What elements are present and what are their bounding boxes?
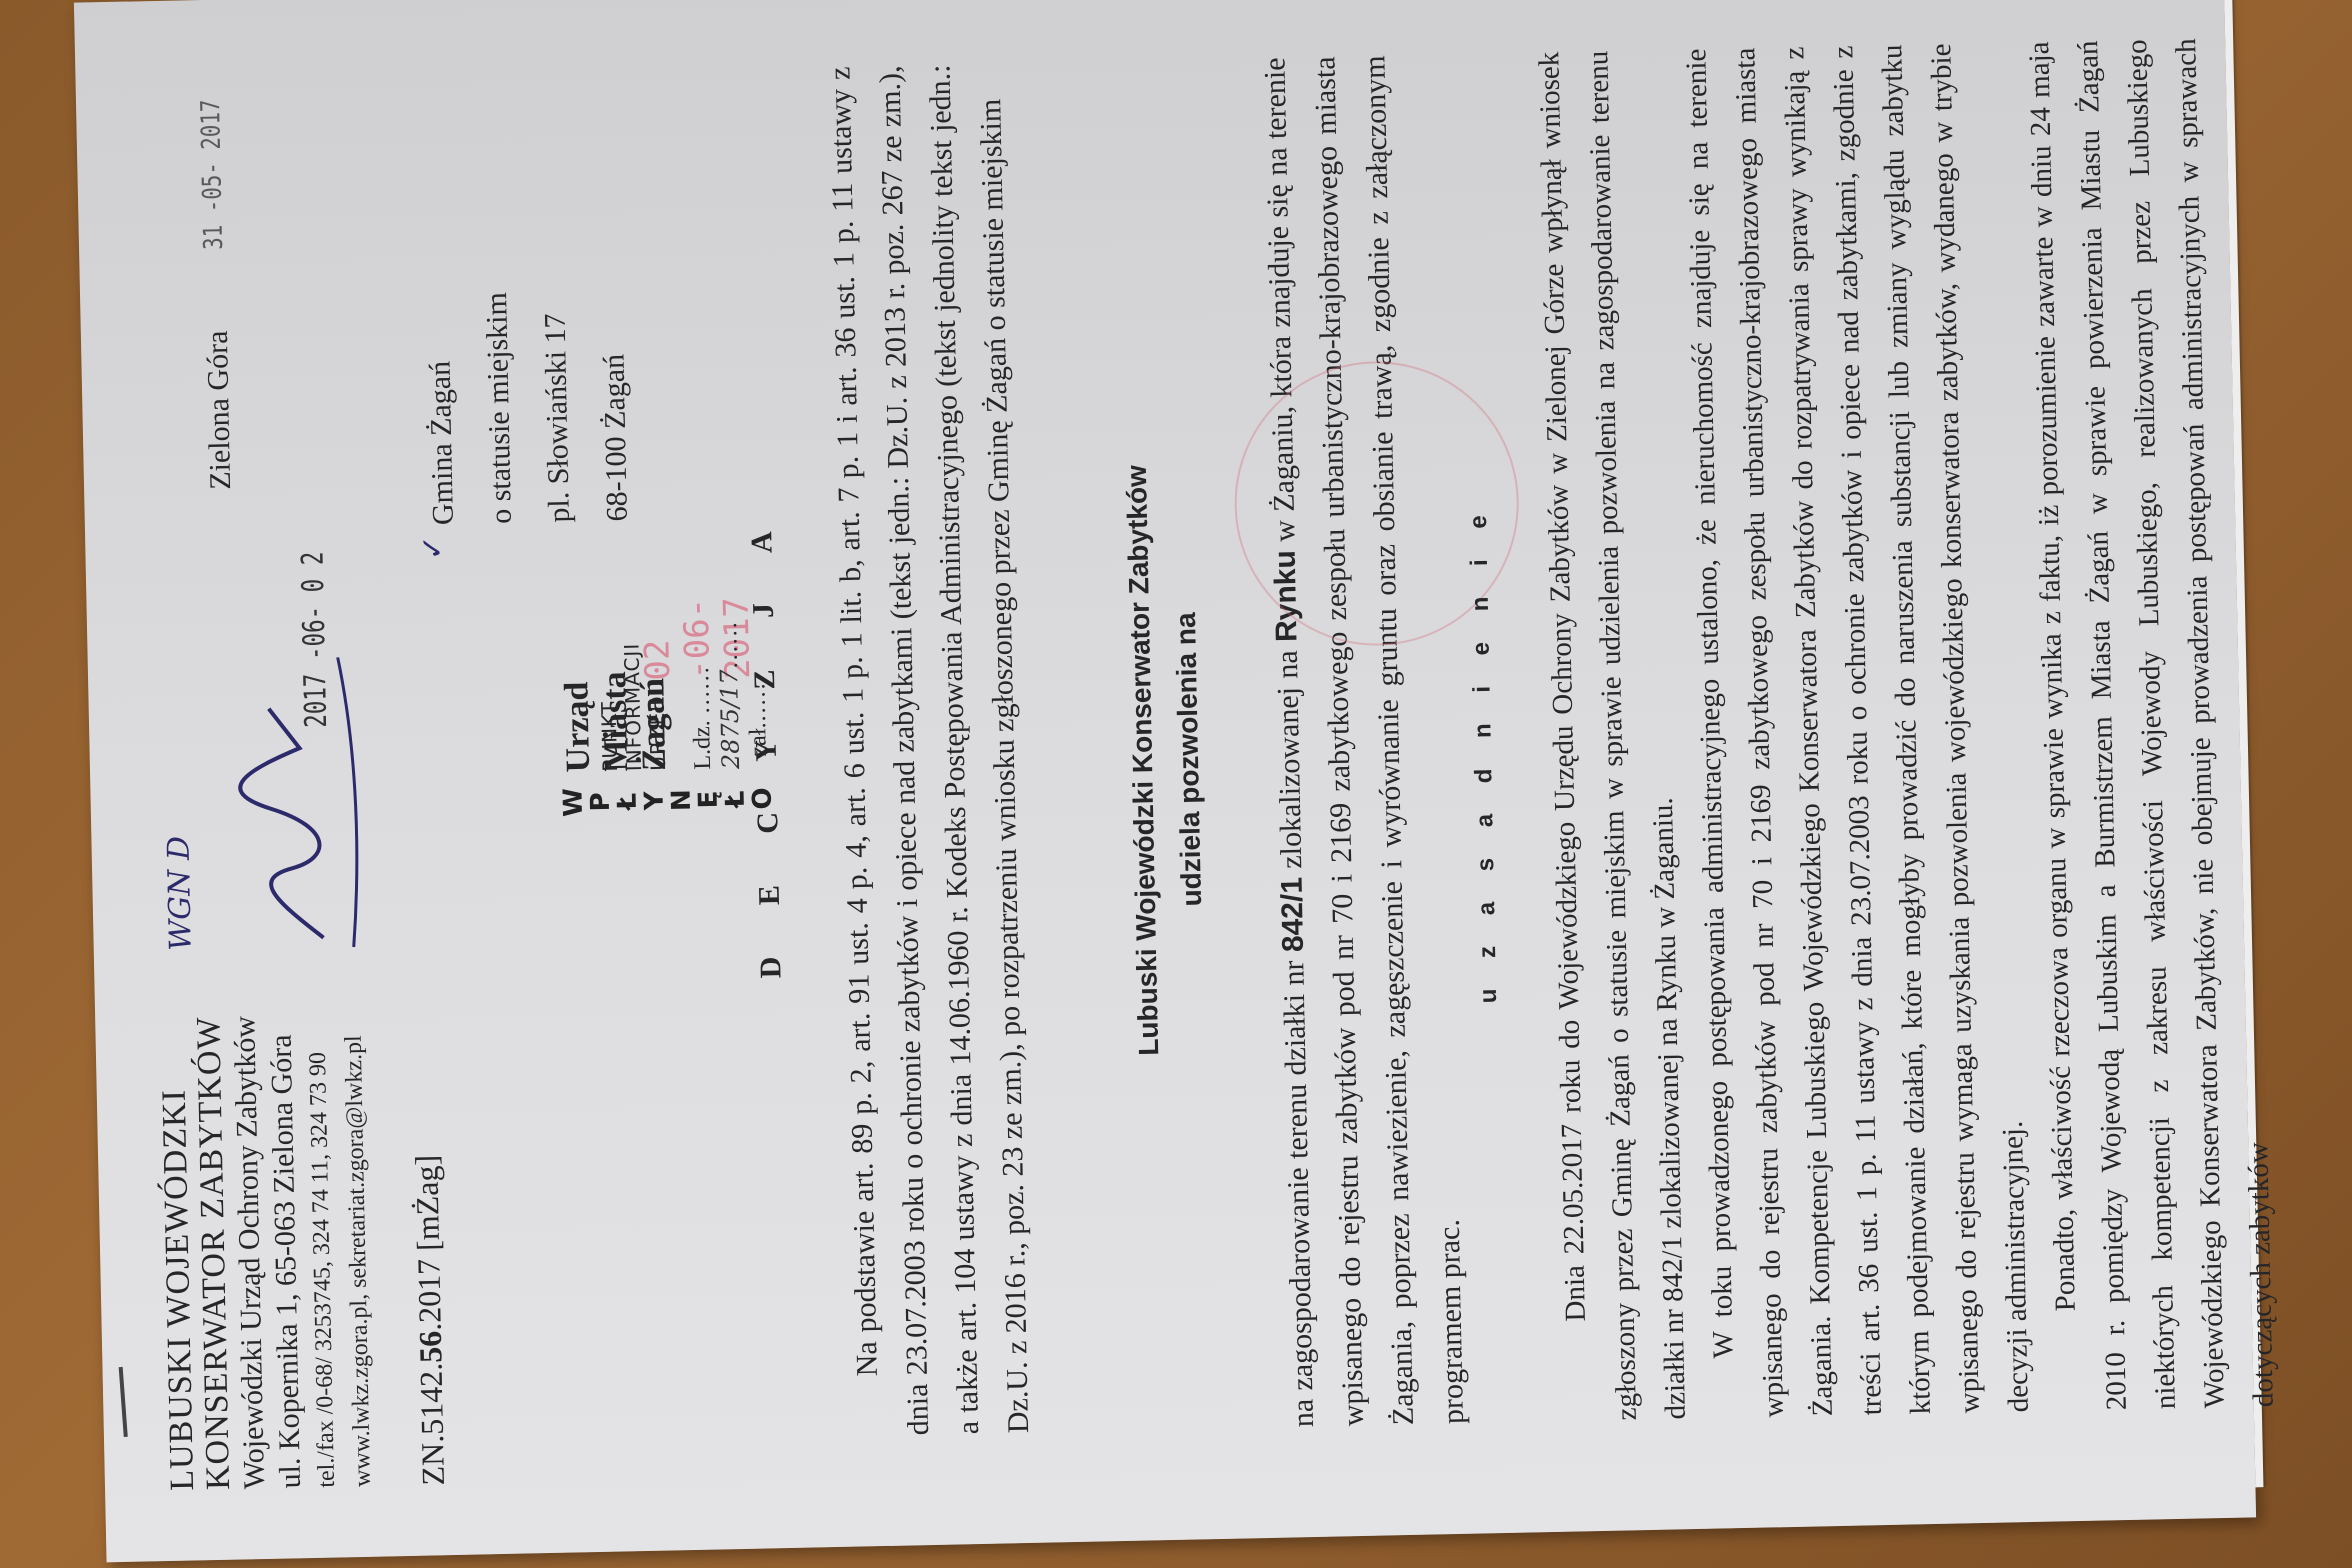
justification-paragraph: Dnia 22.05.2017 roku do Wojewódzkiego Ur… bbox=[1525, 49, 1701, 1422]
stamp-letter: N bbox=[668, 780, 696, 821]
recipient-address: Gmina Żagań o statusie miejskim pl. Słow… bbox=[410, 289, 647, 525]
recipient-line-2: o statusie miejskim bbox=[468, 292, 531, 525]
letterhead: LUBUSKI WOJEWÓDZKI KONSERWATOR ZABYTKÓW … bbox=[155, 1013, 381, 1491]
permission-paragraph: na zagospodarowanie terenu działki nr 84… bbox=[1250, 54, 1479, 1428]
recipient-line-4: 68-100 Żagań bbox=[584, 289, 647, 522]
stamp-letter: P bbox=[587, 782, 615, 823]
ldz-value: 2875/17 bbox=[715, 669, 745, 769]
date-stamp: 31 -05- 2017 bbox=[196, 99, 229, 250]
justification-paragraph: Ponadto, właściwość rzeczowa organu w sp… bbox=[2015, 37, 2289, 1412]
document-page: LUBUSKI WOJEWÓDZKI KONSERWATOR ZABYTKÓW … bbox=[74, 0, 2256, 1562]
document-title: D E C Y Z J A bbox=[745, 509, 789, 978]
checkmark-icon: ✓ bbox=[415, 535, 451, 561]
recipient-line-1: Gmina Żagań bbox=[410, 293, 473, 526]
ldz-label: L.dz. bbox=[689, 720, 716, 770]
handwritten-note: WGN D bbox=[161, 836, 198, 951]
permission-text: na zagospodarowanie terenu działki nr bbox=[1277, 952, 1320, 1428]
reference-prefix: ZN.5142. bbox=[412, 1362, 451, 1485]
stamp-letter: Y bbox=[641, 780, 669, 821]
legal-basis-paragraph: Na podstawie art. 89 p. 2, art. 91 ust. … bbox=[815, 63, 1044, 1437]
stamp-letter: W bbox=[560, 782, 588, 823]
stamp-letter: Ł bbox=[722, 779, 750, 820]
signature-handwriting bbox=[208, 657, 364, 960]
plot-number: 842/1 bbox=[1275, 877, 1310, 953]
recipient-line-3: pl. Słowiański 17 bbox=[526, 290, 589, 523]
justification-body: Dnia 22.05.2017 roku do Wojewódzkiego Ur… bbox=[1525, 37, 2289, 1422]
reference-bold: 56 bbox=[412, 1330, 449, 1363]
authority-heading: Lubuski Wojewódzki Konserwator Zabytków … bbox=[1104, 0, 1228, 1531]
stamp-vertical-label: W P Ł Y N Ę Ł O bbox=[560, 778, 777, 823]
permission-text: zlokalizowanej na bbox=[1271, 642, 1309, 878]
place-label: Zielona Góra bbox=[201, 330, 238, 490]
stamp-letter: Ę bbox=[695, 779, 723, 820]
document-content: LUBUSKI WOJEWÓDZKI KONSERWATOR ZABYTKÓW … bbox=[74, 0, 2236, 1552]
stamp-letter: Ł bbox=[614, 781, 642, 822]
reference-suffix: .2017 [mŻag] bbox=[408, 1155, 448, 1332]
justification-paragraph: W toku prowadzonego postępowania adminis… bbox=[1672, 42, 2044, 1419]
received-date-stamp: 2017 -06- 0 2 bbox=[295, 551, 334, 728]
reference-number: ZN.5142.56.2017 [mŻag] bbox=[408, 1155, 452, 1486]
